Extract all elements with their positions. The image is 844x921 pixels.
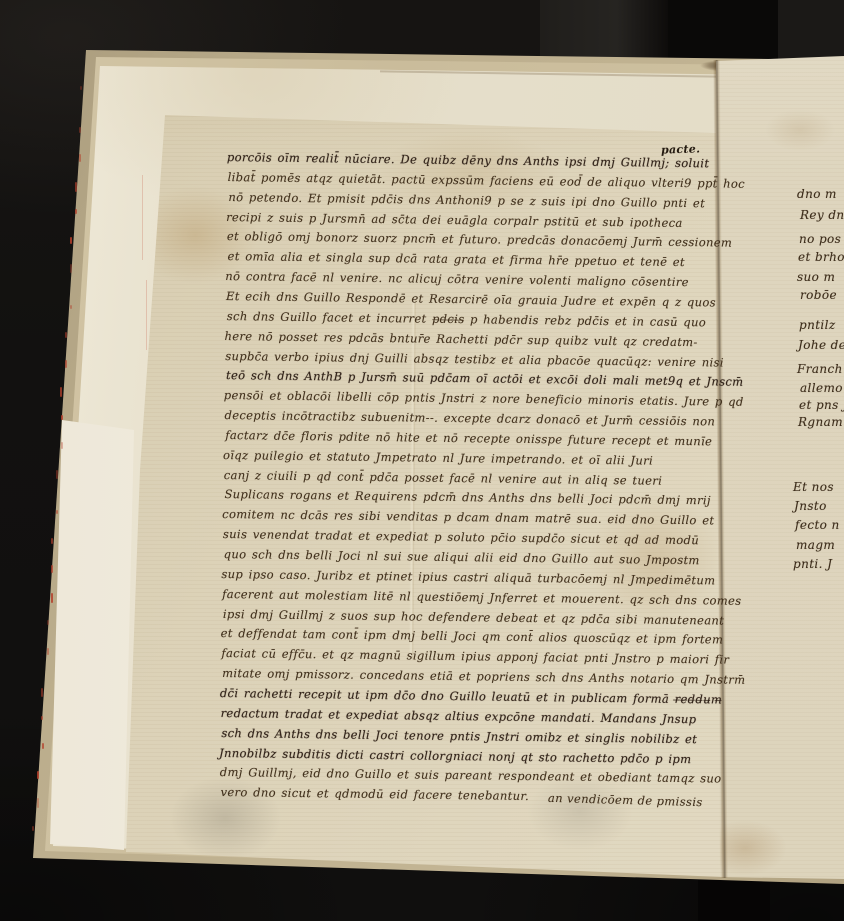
- facing-page-line: pnti. J: [793, 557, 832, 571]
- facing-page-line: et brho: [798, 250, 844, 264]
- facing-page-line: Johe de: [798, 338, 844, 352]
- facing-page-text: dno mRey dnno poset brhosuo mrobōepntilz…: [0, 0, 844, 921]
- facing-page-line: Rgnam: [798, 415, 843, 429]
- facing-page-line: dno m: [797, 187, 837, 201]
- facing-page-line: no pos: [799, 232, 841, 246]
- facing-page-line: allemo: [800, 381, 843, 395]
- facing-page-line: Jnsto: [794, 499, 827, 513]
- facing-page-line: robōe: [800, 288, 837, 302]
- facing-page-line: Rey dn: [800, 208, 844, 222]
- facing-page-line: et pns J: [799, 398, 844, 412]
- facing-page-line: fecto n: [795, 518, 840, 532]
- facing-page-line: Et nos: [793, 480, 834, 494]
- facing-page-line: suo m: [797, 270, 835, 284]
- facing-page-line: magm: [796, 538, 835, 552]
- facing-page-line: pntilz: [799, 318, 836, 332]
- facing-page-line: Franch: [797, 362, 843, 376]
